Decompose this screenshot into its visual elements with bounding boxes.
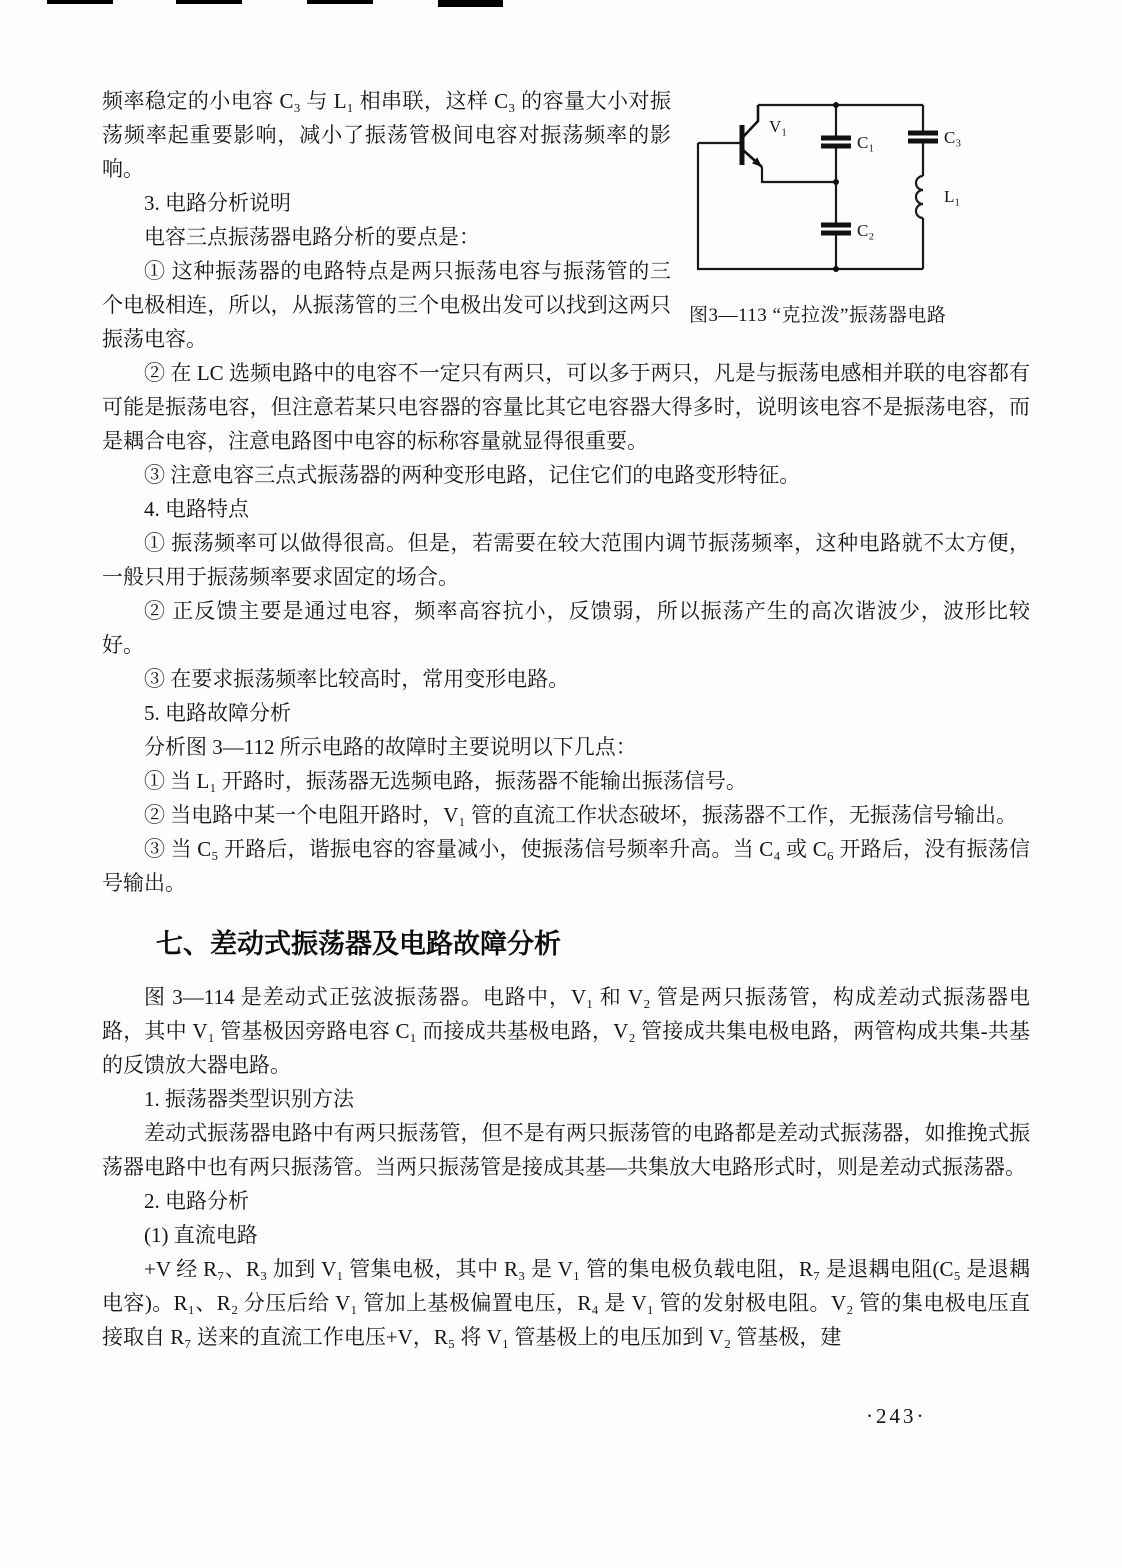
label-v1: V₁ bbox=[769, 117, 787, 136]
paragraph: 1. 振荡器类型识别方法 bbox=[102, 1082, 1030, 1116]
paragraph: 4. 电路特点 bbox=[102, 492, 1030, 526]
wire-left-bottom-rail bbox=[698, 143, 923, 269]
paragraph: (1) 直流电路 bbox=[102, 1218, 1030, 1252]
paragraph: 2. 电路分析 bbox=[102, 1184, 1030, 1218]
capacitor-c2-icon bbox=[821, 225, 851, 233]
paragraph: ② 当电路中某一个电阻开路时，V₁ 管的直流工作状态破坏，振荡器不工作，无振荡信… bbox=[102, 798, 1030, 832]
figure-3-113: V₁ C₁ C₂ C₃ L₁ 图3—113 “克拉泼”振荡器电路 bbox=[685, 88, 1030, 328]
document-body: V₁ C₁ C₂ C₃ L₁ 图3—113 “克拉泼”振荡器电路 频率稳定的小电… bbox=[102, 84, 1030, 1354]
paragraph: ② 在 LC 选频电路中的电容不一定只有两只，可以多于两只，凡是与振荡电感相并联… bbox=[102, 356, 1030, 458]
figure-caption: 图3—113 “克拉泼”振荡器电路 bbox=[685, 304, 1030, 328]
label-c1: C₁ bbox=[857, 133, 874, 152]
scan-artifact-bar bbox=[438, 0, 503, 7]
scan-artifact-bar bbox=[176, 0, 242, 4]
paragraph: ③ 当 C₅ 开路后，谐振电容的容量减小，使振荡信号频率升高。当 C₄ 或 C₆… bbox=[102, 832, 1030, 900]
label-c2: C₂ bbox=[857, 221, 874, 240]
paragraph: ① 振荡频率可以做得很高。但是，若需要在较大范围内调节振荡频率，这种电路就不太方… bbox=[102, 526, 1030, 594]
paragraph: 差动式振荡器电路中有两只振荡管，但不是有两只振荡管的电路都是差动式振荡器，如推挽… bbox=[102, 1116, 1030, 1184]
paragraph: ② 正反馈主要是通过电容，频率高容抗小，反馈弱，所以振荡产生的高次谐波少，波形比… bbox=[102, 594, 1030, 662]
section-heading: 七、差动式振荡器及电路故障分析 bbox=[102, 924, 1030, 964]
paragraph: ③ 在要求振荡频率比较高时，常用变形电路。 bbox=[102, 662, 1030, 696]
paragraph: +V 经 R₇、R₃ 加到 V₁ 管集电极，其中 R₃ 是 V₁ 管的集电极负载… bbox=[102, 1252, 1030, 1354]
scan-artifact-bar bbox=[47, 0, 113, 4]
label-l1: L₁ bbox=[944, 187, 960, 206]
paragraph: 分析图 3—112 所示电路的故障时主要说明以下几点： bbox=[102, 730, 1030, 764]
capacitor-c1-icon bbox=[821, 138, 851, 146]
paragraph: ① 当 L₁ 开路时，振荡器无选频电路，振荡器不能输出振荡信号。 bbox=[102, 764, 1030, 798]
wire-emitter-feedback bbox=[762, 167, 836, 182]
paragraph: 图 3—114 是差动式正弦波振荡器。电路中，V₁ 和 V₂ 管是两只振荡管，构… bbox=[102, 980, 1030, 1082]
page-number: ·243· bbox=[866, 1404, 927, 1429]
clapp-oscillator-circuit-diagram: V₁ C₁ C₂ C₃ L₁ bbox=[685, 88, 1030, 288]
paragraph: ③ 注意电容三点式振荡器的两种变形电路，记住它们的电路变形特征。 bbox=[102, 458, 1030, 492]
paragraph: 5. 电路故障分析 bbox=[102, 696, 1030, 730]
capacitor-c3-icon bbox=[908, 133, 938, 141]
transistor-v1-icon bbox=[742, 105, 762, 167]
scan-artifact-bar bbox=[307, 0, 373, 4]
inductor-l1-icon bbox=[916, 176, 923, 218]
book-page: V₁ C₁ C₂ C₃ L₁ 图3—113 “克拉泼”振荡器电路 频率稳定的小电… bbox=[0, 0, 1122, 1568]
label-c3: C₃ bbox=[944, 128, 961, 147]
